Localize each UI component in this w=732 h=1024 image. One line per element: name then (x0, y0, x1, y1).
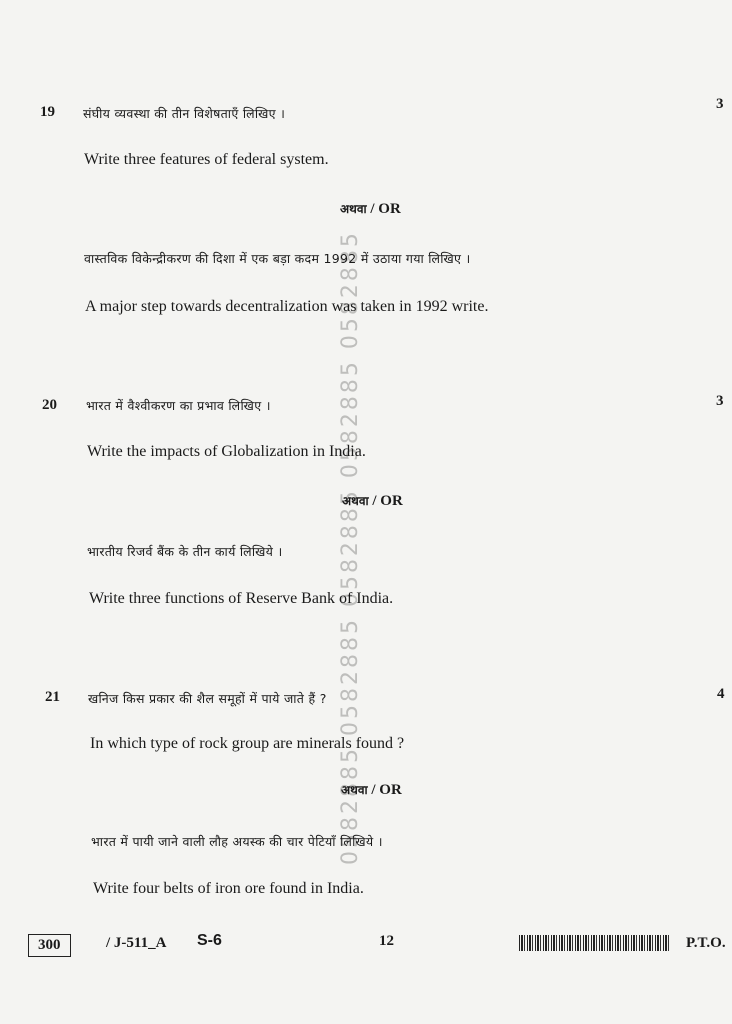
alternative-english: Write four belts of iron ore found in In… (93, 880, 364, 898)
exam-page: 0582885 0582885 0582885 0582885 0582885 … (0, 0, 732, 1024)
question-marks: 4 (717, 686, 725, 703)
paper-code-box: 300 (28, 934, 71, 957)
or-separator: अथवा / OR (341, 781, 402, 799)
question-english: Write three features of federal system. (84, 151, 329, 169)
question-hindi: भारत में वैश्वीकरण का प्रभाव लिखिए । (86, 397, 271, 414)
alternative-hindi: वास्तविक विकेन्द्रीकरण की दिशा में एक बड… (84, 250, 471, 267)
question-english: In which type of rock group are minerals… (90, 735, 404, 753)
paper-code: / J-511_A (106, 935, 166, 952)
question-number: 20 (42, 397, 57, 414)
question-number: 21 (45, 689, 60, 706)
question-hindi: खनिज किस प्रकार की शैल समूहों में पाये ज… (88, 690, 327, 707)
question-hindi: संघीय व्यवस्था की तीन विशेषताएँ लिखिए । (83, 105, 285, 122)
question-english: Write the impacts of Globalization in In… (87, 443, 366, 461)
or-separator: अथवा / OR (340, 200, 401, 218)
alternative-english: Write three functions of Reserve Bank of… (89, 590, 393, 608)
question-number: 19 (40, 104, 55, 121)
question-marks: 3 (716, 393, 724, 410)
set-code: S-6 (197, 932, 222, 950)
alternative-hindi: भारत में पायी जाने वाली लौह अयस्क की चार… (91, 833, 383, 850)
barcode-icon (519, 935, 669, 951)
pto-label: P.T.O. (686, 935, 726, 952)
question-marks: 3 (716, 96, 724, 113)
page-number: 12 (379, 933, 394, 950)
alternative-english: A major step towards decentralization wa… (85, 298, 488, 316)
or-separator: अथवा / OR (342, 492, 403, 510)
alternative-hindi: भारतीय रिजर्व बैंक के तीन कार्य लिखिये । (87, 543, 283, 560)
